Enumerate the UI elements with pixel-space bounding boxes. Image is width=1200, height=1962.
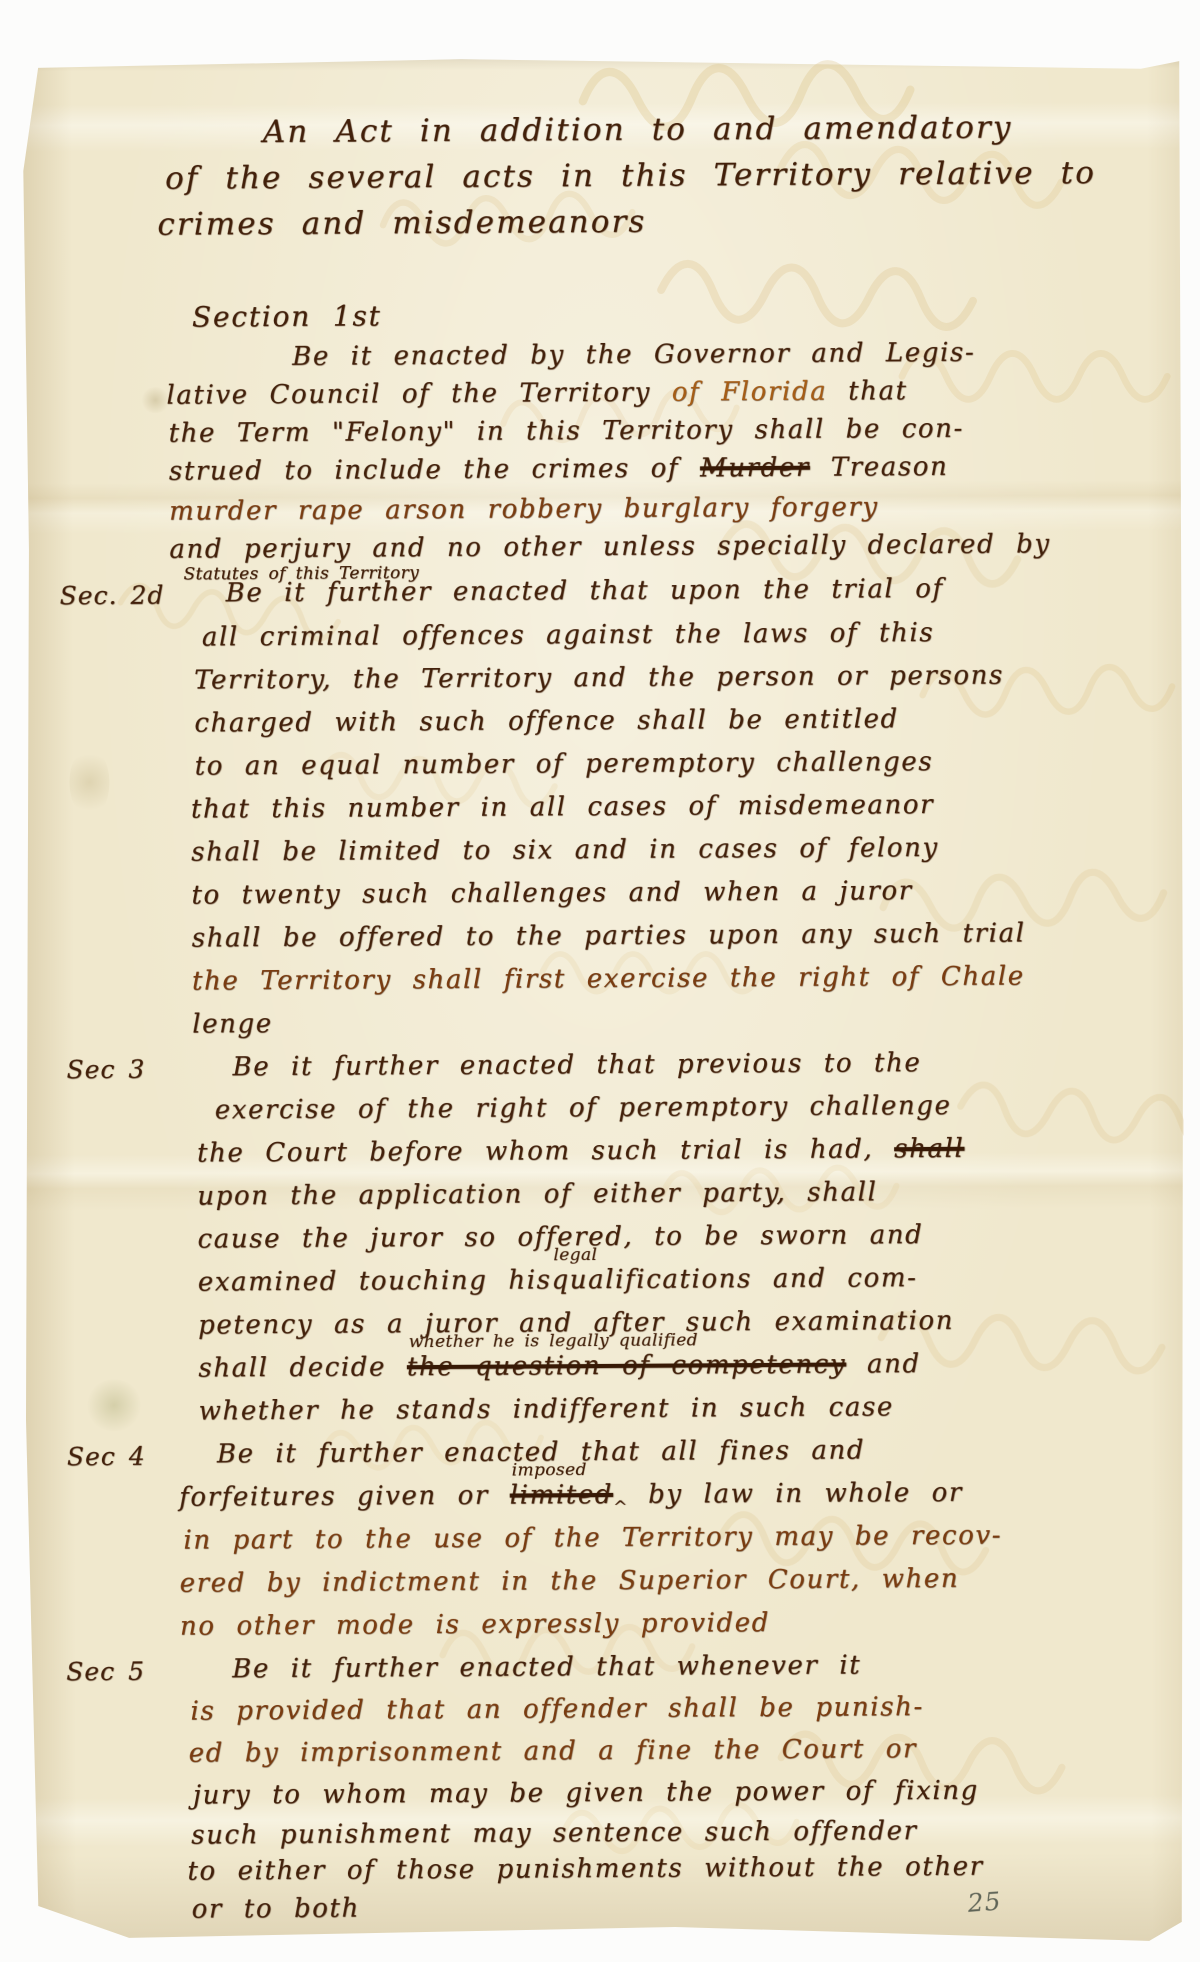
handwritten-text: and perjury and no other unless speciall… (169, 529, 1050, 564)
handwritten-text: Treason (810, 452, 949, 483)
manuscript-line: jury to whom may be given the power of f… (193, 1776, 979, 1811)
manuscript-line: exercise of the right of peremptory chal… (215, 1091, 952, 1125)
handwritten-text: Be it enacted by the Governor and Legis- (292, 338, 975, 372)
manuscript-line: Be it enacted by the Governor and Legis- (292, 338, 975, 372)
manuscript-line: the Court before whom such trial is had,… (197, 1134, 965, 1169)
section-label: Sec 3 (66, 1055, 145, 1084)
handwritten-text: of Florida (672, 377, 828, 408)
handwritten-text: ered by indictment in the Superior Court… (180, 1564, 960, 1599)
handwritten-text: the Court before whom such trial is had, (197, 1134, 894, 1168)
manuscript-line: the Term "Felony" in this Territory shal… (169, 414, 964, 449)
handwritten-text: the Term "Felony" in this Territory shal… (169, 414, 964, 449)
manuscript-line: lenge (192, 1009, 273, 1039)
handwritten-text: crimes and misdemeanors (157, 204, 646, 243)
handwriting-layer: 25 An Act in addition to and amendatoryo… (0, 0, 1200, 1962)
manuscript-line: murder rape arson robbery burglary forge… (169, 492, 879, 526)
manuscript-line: of the several acts in this Territory re… (165, 155, 1096, 197)
handwritten-text: shall decide (198, 1352, 407, 1383)
manuscript-line: Be it further enacted that upon the tria… (226, 574, 944, 608)
manuscript-line: to twenty such challenges and when a jur… (191, 876, 912, 910)
manuscript-line: such punishment may sentence such offend… (191, 1816, 918, 1850)
handwritten-text: lative Council of the Territory (166, 378, 672, 411)
struck-text: shall (894, 1134, 964, 1164)
manuscript-line: An Act in addition to and amendatory (263, 109, 1013, 150)
handwritten-text: shall be offered to the parties upon any… (192, 918, 1026, 953)
handwritten-text: the Territory shall first exercise the r… (192, 961, 1025, 996)
handwritten-text: shall be limited to six and in cases of … (191, 833, 939, 868)
handwritten-text: strued to include the crimes of (169, 453, 700, 486)
handwritten-text: ed by imprisonment and a fine the Court … (189, 1734, 917, 1768)
handwritten-text: to an equal number of peremptory challen… (195, 747, 934, 782)
handwritten-text: murder rape arson robbery burglary forge… (169, 492, 879, 526)
manuscript-line: to an equal number of peremptory challen… (195, 747, 934, 782)
handwritten-text: to either of those punishments without t… (187, 1852, 983, 1887)
manuscript-line: charged with such offence shall be entit… (194, 704, 899, 738)
handwritten-text: forfeitures given or (179, 1481, 510, 1513)
manuscript-line: Be it further enacted that previous to t… (232, 1048, 921, 1082)
handwritten-text: Be it further enacted that whenever it (232, 1650, 861, 1684)
handwritten-text: examined touching his (198, 1265, 552, 1297)
handwritten-text: qualifications and com-legal (551, 1263, 917, 1295)
manuscript-line: that this number in all cases of misdeme… (191, 790, 934, 825)
manuscript-line: shall decide the question of competencyw… (198, 1349, 920, 1383)
interlined-insertion: imposed (512, 1460, 587, 1480)
manuscript-line: strued to include the crimes of Murder T… (169, 452, 949, 487)
manuscript-line: Territory, the Territory and the person … (194, 661, 1004, 696)
scanned-document: 25 An Act in addition to and amendatoryo… (0, 0, 1200, 1962)
handwritten-text: upon the application of either party, sh… (197, 1177, 877, 1211)
handwritten-text: jury to whom may be given the power of f… (193, 1776, 979, 1811)
interlined-insertion: whether he is legally qualified (409, 1330, 698, 1352)
section-label: Sec 5 (66, 1657, 145, 1686)
manuscript-line: in part to the use of the Territory may … (183, 1521, 1002, 1556)
handwritten-text: An Act in addition to and amendatory (263, 109, 1013, 150)
handwritten-text: is provided that an offender shall be pu… (190, 1692, 924, 1726)
manuscript-line: and perjury and no other unless speciall… (169, 529, 1050, 564)
handwritten-text: ^ (613, 1497, 627, 1517)
manuscript-line: examined touching his qualifications and… (198, 1263, 918, 1297)
struck-text: limitedimposed (510, 1480, 613, 1511)
interlined-insertion: legal (553, 1245, 597, 1265)
manuscript-line: whether he stands indifferent in such ca… (199, 1392, 894, 1426)
manuscript-line: ed by imprisonment and a fine the Court … (189, 1734, 917, 1768)
struck-text: the question of competencywhether he is … (407, 1350, 846, 1383)
manuscript-line: no other mode is expressly provided (180, 1608, 770, 1642)
manuscript-line: shall be offered to the parties upon any… (192, 918, 1026, 953)
handwritten-text: of the several acts in this Territory re… (165, 155, 1096, 197)
handwritten-text: Section 1st (192, 299, 382, 333)
section-label: Sec 4 (67, 1442, 146, 1471)
handwritten-text: all criminal offences against the laws o… (202, 618, 935, 652)
handwritten-text: charged with such offence shall be entit… (194, 704, 899, 738)
handwritten-text: lenge (192, 1009, 273, 1039)
handwritten-text: or to both (192, 1893, 360, 1924)
handwritten-text: and (846, 1349, 921, 1379)
manuscript-line: upon the application of either party, sh… (197, 1177, 877, 1211)
struck-text: Murder (700, 453, 810, 484)
handwritten-text: in part to the use of the Territory may … (183, 1521, 1002, 1556)
manuscript-line: or to both (192, 1893, 360, 1924)
page-number: 25 (967, 1886, 1003, 1917)
handwritten-text: Be it further enacted that previous to t… (232, 1048, 921, 1082)
manuscript-line: to either of those punishments without t… (187, 1852, 983, 1887)
section-label: Sec. 2d (60, 581, 165, 611)
handwritten-text: exercise of the right of peremptory chal… (215, 1091, 952, 1125)
manuscript-line: is provided that an offender shall be pu… (190, 1692, 924, 1726)
manuscript-line: shall be limited to six and in cases of … (191, 833, 939, 868)
manuscript-line: all criminal offences against the laws o… (202, 618, 935, 652)
handwritten-text: that this number in all cases of misdeme… (191, 790, 934, 825)
handwritten-text: that (827, 376, 908, 406)
handwritten-text: Be it further enacted that upon the tria… (226, 574, 944, 608)
handwritten-text: such punishment may sentence such offend… (191, 1816, 918, 1850)
manuscript-line: forfeitures given or limitedimposed^ by … (179, 1478, 963, 1520)
manuscript-line: ered by indictment in the Superior Court… (180, 1564, 960, 1599)
handwritten-text: by law in whole or (627, 1478, 963, 1510)
manuscript-line: crimes and misdemeanors (157, 204, 646, 243)
manuscript-line: Be it further enacted that whenever itSe… (232, 1650, 861, 1684)
manuscript-line: the Territory shall first exercise the r… (192, 961, 1025, 996)
manuscript-line: Section 1st (192, 299, 382, 333)
handwritten-text: no other mode is expressly provided (180, 1608, 770, 1642)
manuscript-line: lative Council of the Territory of Flori… (166, 376, 907, 411)
handwritten-text: Territory, the Territory and the person … (194, 661, 1004, 696)
handwritten-text: to twenty such challenges and when a jur… (191, 876, 912, 910)
handwritten-text: whether he stands indifferent in such ca… (199, 1392, 894, 1426)
